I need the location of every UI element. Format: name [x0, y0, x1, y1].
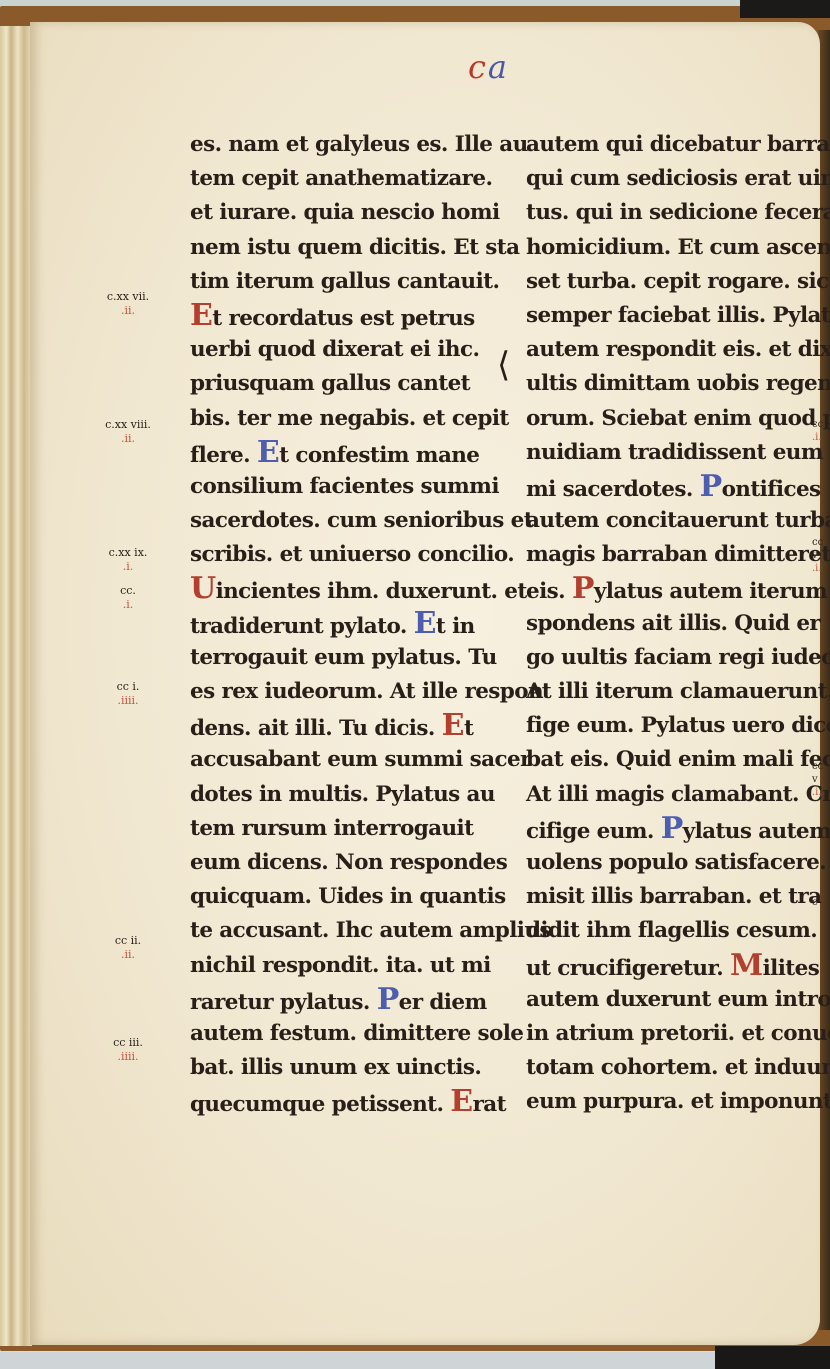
text-line: sacerdotes. cum senioribus et [190, 504, 490, 538]
margin-note-number: cc v [812, 537, 823, 561]
decorated-initial: P [377, 982, 399, 1017]
text-line: ultis dimittam uobis regem iude [526, 367, 816, 401]
text-line: bat. illis unum ex uinctis. [190, 1051, 490, 1085]
text-line: fige eum. Pylatus uero dice [526, 709, 816, 743]
page-gutter-stack [0, 26, 32, 1346]
text-line: eis. Pylatus autem iterum re [526, 572, 816, 606]
text-line: in atrium pretorii. et conuocant [526, 1017, 816, 1051]
margin-chapter-note: cc ii..ii. [100, 934, 156, 962]
text-line: go uultis faciam regi iudeorum. [526, 641, 816, 675]
margin-note-sub: .i. [812, 562, 828, 575]
text-segment: ontifices [722, 477, 821, 502]
text-line: flere. Et confestim mane [190, 436, 490, 470]
margin-note-sub: .i. [812, 431, 828, 444]
text-segment: ut crucifigeretur. [526, 956, 730, 981]
text-segment: t in [436, 614, 475, 639]
decorated-initial: E [190, 298, 212, 333]
text-line: uolens populo satisfacere. di [526, 846, 816, 880]
margin-note-sub: .iiii. [100, 1050, 156, 1064]
text-line: es rex iudeorum. At ille respon [190, 675, 490, 709]
text-line: spondens ait illis. Quid er [526, 607, 816, 641]
text-line: quecumque petissent. Erat [190, 1085, 490, 1119]
text-line: At illi magis clamabant. Cru [526, 778, 816, 812]
text-line: eum purpura. et imponunt [526, 1085, 816, 1119]
text-line: misit illis barraban. et tra [526, 880, 816, 914]
margin-note-sub: .ii. [100, 304, 156, 318]
decorated-initial: E [414, 606, 436, 641]
margin-note-sub: .i. [100, 560, 156, 574]
text-line: semper faciebat illis. Pylatus [526, 299, 816, 333]
text-segment: incientes ihm. duxerunt. et [216, 579, 527, 604]
margin-note-number: c.xx ix. [109, 546, 148, 559]
text-line: mi sacerdotes. Pontifices [526, 470, 816, 504]
decorated-initial: P [661, 811, 683, 846]
text-segment: t [464, 716, 473, 741]
text-line: priusquam gallus cantet [190, 367, 490, 401]
margin-chapter-note: cc v.i. [812, 760, 828, 799]
text-segment: t confestim mane [279, 443, 479, 468]
text-line: cifige eum. Pylatus autem [526, 812, 816, 846]
text-line: Et recordatus est petrus [190, 299, 490, 333]
text-line: dotes in multis. Pylatus au [190, 778, 490, 812]
decorated-initial: E [450, 1084, 472, 1119]
margin-note-sub: .iiii. [100, 694, 156, 708]
text-line: raretur pylatus. Per diem [190, 983, 490, 1017]
text-line: autem duxerunt eum intro [526, 983, 816, 1017]
text-line: autem concitauerunt turbam. ut [526, 504, 816, 538]
margin-chapter-note: cc..i. [100, 584, 156, 612]
text-line: autem festum. dimittere sole [190, 1017, 490, 1051]
text-line: es. nam et galyleus es. Ille au [190, 128, 490, 162]
margin-chapter-note: c.xx ix..i. [100, 546, 156, 574]
text-line: autem qui dicebatur barrabas. [526, 128, 816, 162]
margin-note-sub: .ii. [100, 948, 156, 962]
margin-chapter-note: c.xx vii..ii. [100, 290, 156, 318]
text-line: nem istu quem dicitis. Et sta [190, 231, 490, 265]
paragraph-bracket-mark: ⟨ [497, 345, 510, 385]
text-line: tem cepit anathematizare. [190, 162, 490, 196]
text-line: quicquam. Uides in quantis [190, 880, 490, 914]
text-segment: rat [473, 1092, 506, 1117]
background-dark-corner [740, 0, 830, 18]
text-segment: ylatus autem iterum re [594, 579, 830, 604]
decorated-initial: E [257, 435, 279, 470]
decorated-initial: U [190, 571, 216, 606]
text-line: tradiderunt pylato. Et in [190, 607, 490, 641]
text-segment: eis. [526, 579, 572, 604]
text-line: scribis. et uniuerso concilio. [190, 538, 490, 572]
text-segment: tradiderunt pylato. [190, 614, 414, 639]
text-segment: cifige eum. [526, 819, 661, 844]
decorated-initial: P [700, 469, 722, 504]
text-segment: ilites [763, 956, 820, 981]
margin-note-number: cc ii. [115, 934, 141, 947]
text-line: eum dicens. Non respondes [190, 846, 490, 880]
text-line: nichil respondit. ita. ut mi [190, 949, 490, 983]
text-segment: flere. [190, 443, 257, 468]
background-dark-corner-bottom [715, 1346, 830, 1369]
text-column-left: es. nam et galyleus es. Ille autem cepit… [190, 128, 490, 1119]
text-segment: t recordatus est petrus [212, 306, 474, 331]
decorated-initial: M [730, 948, 763, 983]
text-line: te accusant. Ihc autem amplius [190, 914, 490, 948]
margin-chapter-note: cc.i. [812, 418, 828, 444]
margin-note-number: cc. [120, 584, 136, 597]
text-line: tim iterum gallus cantauit. [190, 265, 490, 299]
decorated-initial: E [442, 708, 464, 743]
margin-chapter-note: c.xx viii..ii. [100, 418, 156, 446]
text-line: autem respondit eis. et dixit. [526, 333, 816, 367]
margin-note-number: cc v [812, 761, 823, 785]
text-line: ut crucifigeretur. Milites [526, 949, 816, 983]
margin-chapter-note: cc i..iiii. [100, 680, 156, 708]
margin-note-number: c.xx vii. [107, 290, 149, 303]
text-line: At illi iterum clamauerunt. Cruci [526, 675, 816, 709]
margin-note-number: c [812, 897, 818, 908]
margin-note-sub: .ii. [100, 432, 156, 446]
text-line: didit ihm flagellis cesum. [526, 914, 816, 948]
margin-chapter-note: cc iii..iiii. [100, 1036, 156, 1064]
margin-note-number: cc [812, 419, 823, 430]
text-segment: er diem [399, 990, 487, 1015]
margin-note-number: cc iii. [113, 1036, 143, 1049]
folio-number: ca [468, 48, 509, 86]
text-segment: mi sacerdotes. [526, 477, 700, 502]
text-line: tus. qui in sedicione fecerat [526, 196, 816, 230]
folio-letter-red: c [468, 48, 488, 86]
text-line: uerbi quod dixerat ei ihc. [190, 333, 490, 367]
margin-chapter-note: c [812, 896, 828, 909]
margin-chapter-note: cc v.i. [812, 536, 828, 575]
text-line: consilium facientes summi [190, 470, 490, 504]
text-line: bat eis. Quid enim mali fecit. [526, 743, 816, 777]
text-segment: dens. ait illi. Tu dicis. [190, 716, 442, 741]
decorated-initial: P [572, 571, 594, 606]
text-line: bis. ter me negabis. et cepit [190, 402, 490, 436]
text-line: terrogauit eum pylatus. Tu [190, 641, 490, 675]
margin-note-sub: .i. [812, 786, 828, 799]
text-line: dens. ait illi. Tu dicis. Et [190, 709, 490, 743]
text-segment: quecumque petissent. [190, 1092, 450, 1117]
text-line: totam cohortem. et induunt [526, 1051, 816, 1085]
folio-letter-blue: a [488, 48, 509, 86]
text-line: set turba. cepit rogare. sicut [526, 265, 816, 299]
text-line: qui cum sediciosis erat uinc [526, 162, 816, 196]
text-line: Uincientes ihm. duxerunt. et [190, 572, 490, 606]
text-line: orum. Sciebat enim quod per i [526, 402, 816, 436]
text-line: et iurare. quia nescio homi [190, 196, 490, 230]
text-line: nuidiam tradidissent eum sum [526, 436, 816, 470]
text-segment: ylatus autem [683, 819, 830, 844]
text-line: accusabant eum summi sacer [190, 743, 490, 777]
text-line: magis barraban dimitteret [526, 538, 816, 572]
text-line: homicidium. Et cum ascendis [526, 231, 816, 265]
margin-note-number: cc i. [117, 680, 140, 693]
margin-note-number: c.xx viii. [105, 418, 151, 431]
text-line: tem rursum interrogauit [190, 812, 490, 846]
margin-note-sub: .i. [100, 598, 156, 612]
text-column-right: autem qui dicebatur barrabas.qui cum sed… [526, 128, 816, 1119]
text-segment: raretur pylatus. [190, 990, 377, 1015]
background-bottom [0, 1352, 830, 1369]
